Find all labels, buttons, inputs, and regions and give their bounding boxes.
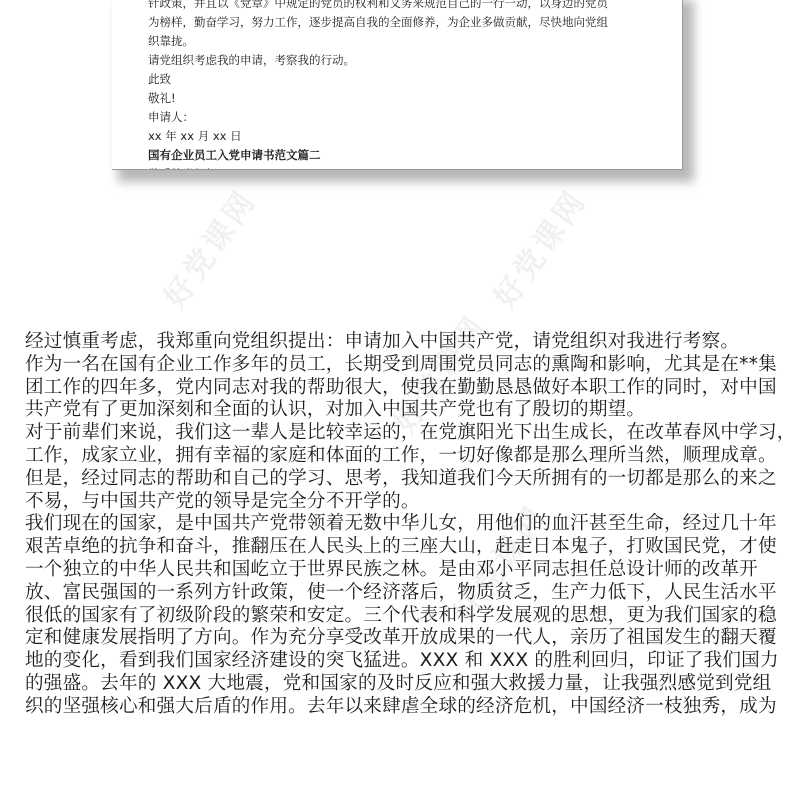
body-line: 放、富民强国的一系列方针政策，使一个经济落后，物质贫乏，生产力低下，人民生活水平 — [25, 582, 785, 605]
body-line: 地的变化，看到我们国家经济建设的突飞猛进。XXX 和 XXX 的胜利回归，印证了… — [25, 650, 785, 673]
body-line: 共产党有了更加深刻和全面的认识，对加入中国共产党也有了殷切的期望。 — [25, 399, 785, 422]
salutation: 敬爱的党组织： — [148, 165, 668, 170]
document-preview-card: 针政策，并且以《党章》中规定的党员的权利和义务来规范自己的一行一动，以身边的党员… — [112, 0, 683, 170]
card-line: 申请人： — [148, 108, 668, 127]
body-line: 工作，成家立业，拥有幸福的家庭和体面的工作，一切好像都是那么理所当然，顺理成章。 — [25, 445, 785, 468]
body-line: 团工作的四年多，党内同志对我的帮助很大，使我在勤勤恳恳做好本职工作的同时，对中国 — [25, 377, 785, 400]
body-line: 不易，与中国共产党的领导是完全分不开学的。 — [25, 491, 785, 514]
section-title: 国有企业员工入党申请书范文篇二 — [148, 146, 668, 165]
card-line: 请党组织考虑我的申请，考察我的行动。 — [148, 51, 668, 70]
body-line: 织的坚强核心和强大后盾的作用。去年以来肆虐全球的经济危机，中国经济一枝独秀，成为 — [25, 696, 785, 719]
body-line: 对于前辈们来说，我们这一辈人是比较幸运的，在党旗阳光下出生成长，在改革春风中学习… — [25, 422, 785, 445]
body-line: 一个独立的中华人民共和国屹立于世界民族之林。是由邓小平同志担任总设计师的改革开 — [25, 559, 785, 582]
card-line: xx 年 xx 月 xx 日 — [148, 127, 668, 146]
body-line: 但是，经过同志的帮助和自己的学习、思考，我知道我们今天所拥有的一切都是那么的来之 — [25, 468, 785, 491]
body-line: 定和健康发展指明了方向。作为充分享受改革开放成果的一代人，亲历了祖国发生的翻天覆 — [25, 627, 785, 650]
watermark: 好党课网 — [481, 179, 595, 316]
card-line: 针政策，并且以《党章》中规定的党员的权利和义务来规范自己的一行一动，以身边的党员 — [148, 0, 668, 13]
card-text: 针政策，并且以《党章》中规定的党员的权利和义务来规范自己的一行一动，以身边的党员… — [148, 0, 668, 170]
body-line: 我们现在的国家，是中国共产党带领着无数中华儿女，用他们的血汗甚至生命，经过几十年 — [25, 513, 785, 536]
card-line: 织靠拢。 — [148, 32, 668, 51]
body-line: 经过慎重考虑，我郑重向党组织提出：申请加入中国共产党，请党组织对我进行考察。 — [25, 331, 785, 354]
watermark: 好党课网 — [151, 179, 265, 316]
card-line: 此致 — [148, 70, 668, 89]
card-line: 敬礼! — [148, 89, 668, 108]
document-body: 经过慎重考虑，我郑重向党组织提出：申请加入中国共产党，请党组织对我进行考察。 作… — [25, 331, 785, 719]
body-line: 艰苦卓绝的抗争和奋斗，推翻压在人民头上的三座大山，赶走日本鬼子，打败国民党，才使 — [25, 536, 785, 559]
body-line: 很低的国家有了初级阶段的繁荣和安定。三个代表和科学发展观的思想，更为我们国家的稳 — [25, 605, 785, 628]
body-line: 的强盛。去年的 XXX 大地震，党和国家的及时反应和强大救援力量，让我强烈感觉到… — [25, 673, 785, 696]
card-line: 为榜样，勤奋学习，努力工作，逐步提高自我的全面修养，为企业多做贡献，尽快地向党组 — [148, 13, 668, 32]
body-line: 作为一名在国有企业工作多年的员工，长期受到周围党员同志的熏陶和影响，尤其是在**… — [25, 354, 785, 377]
